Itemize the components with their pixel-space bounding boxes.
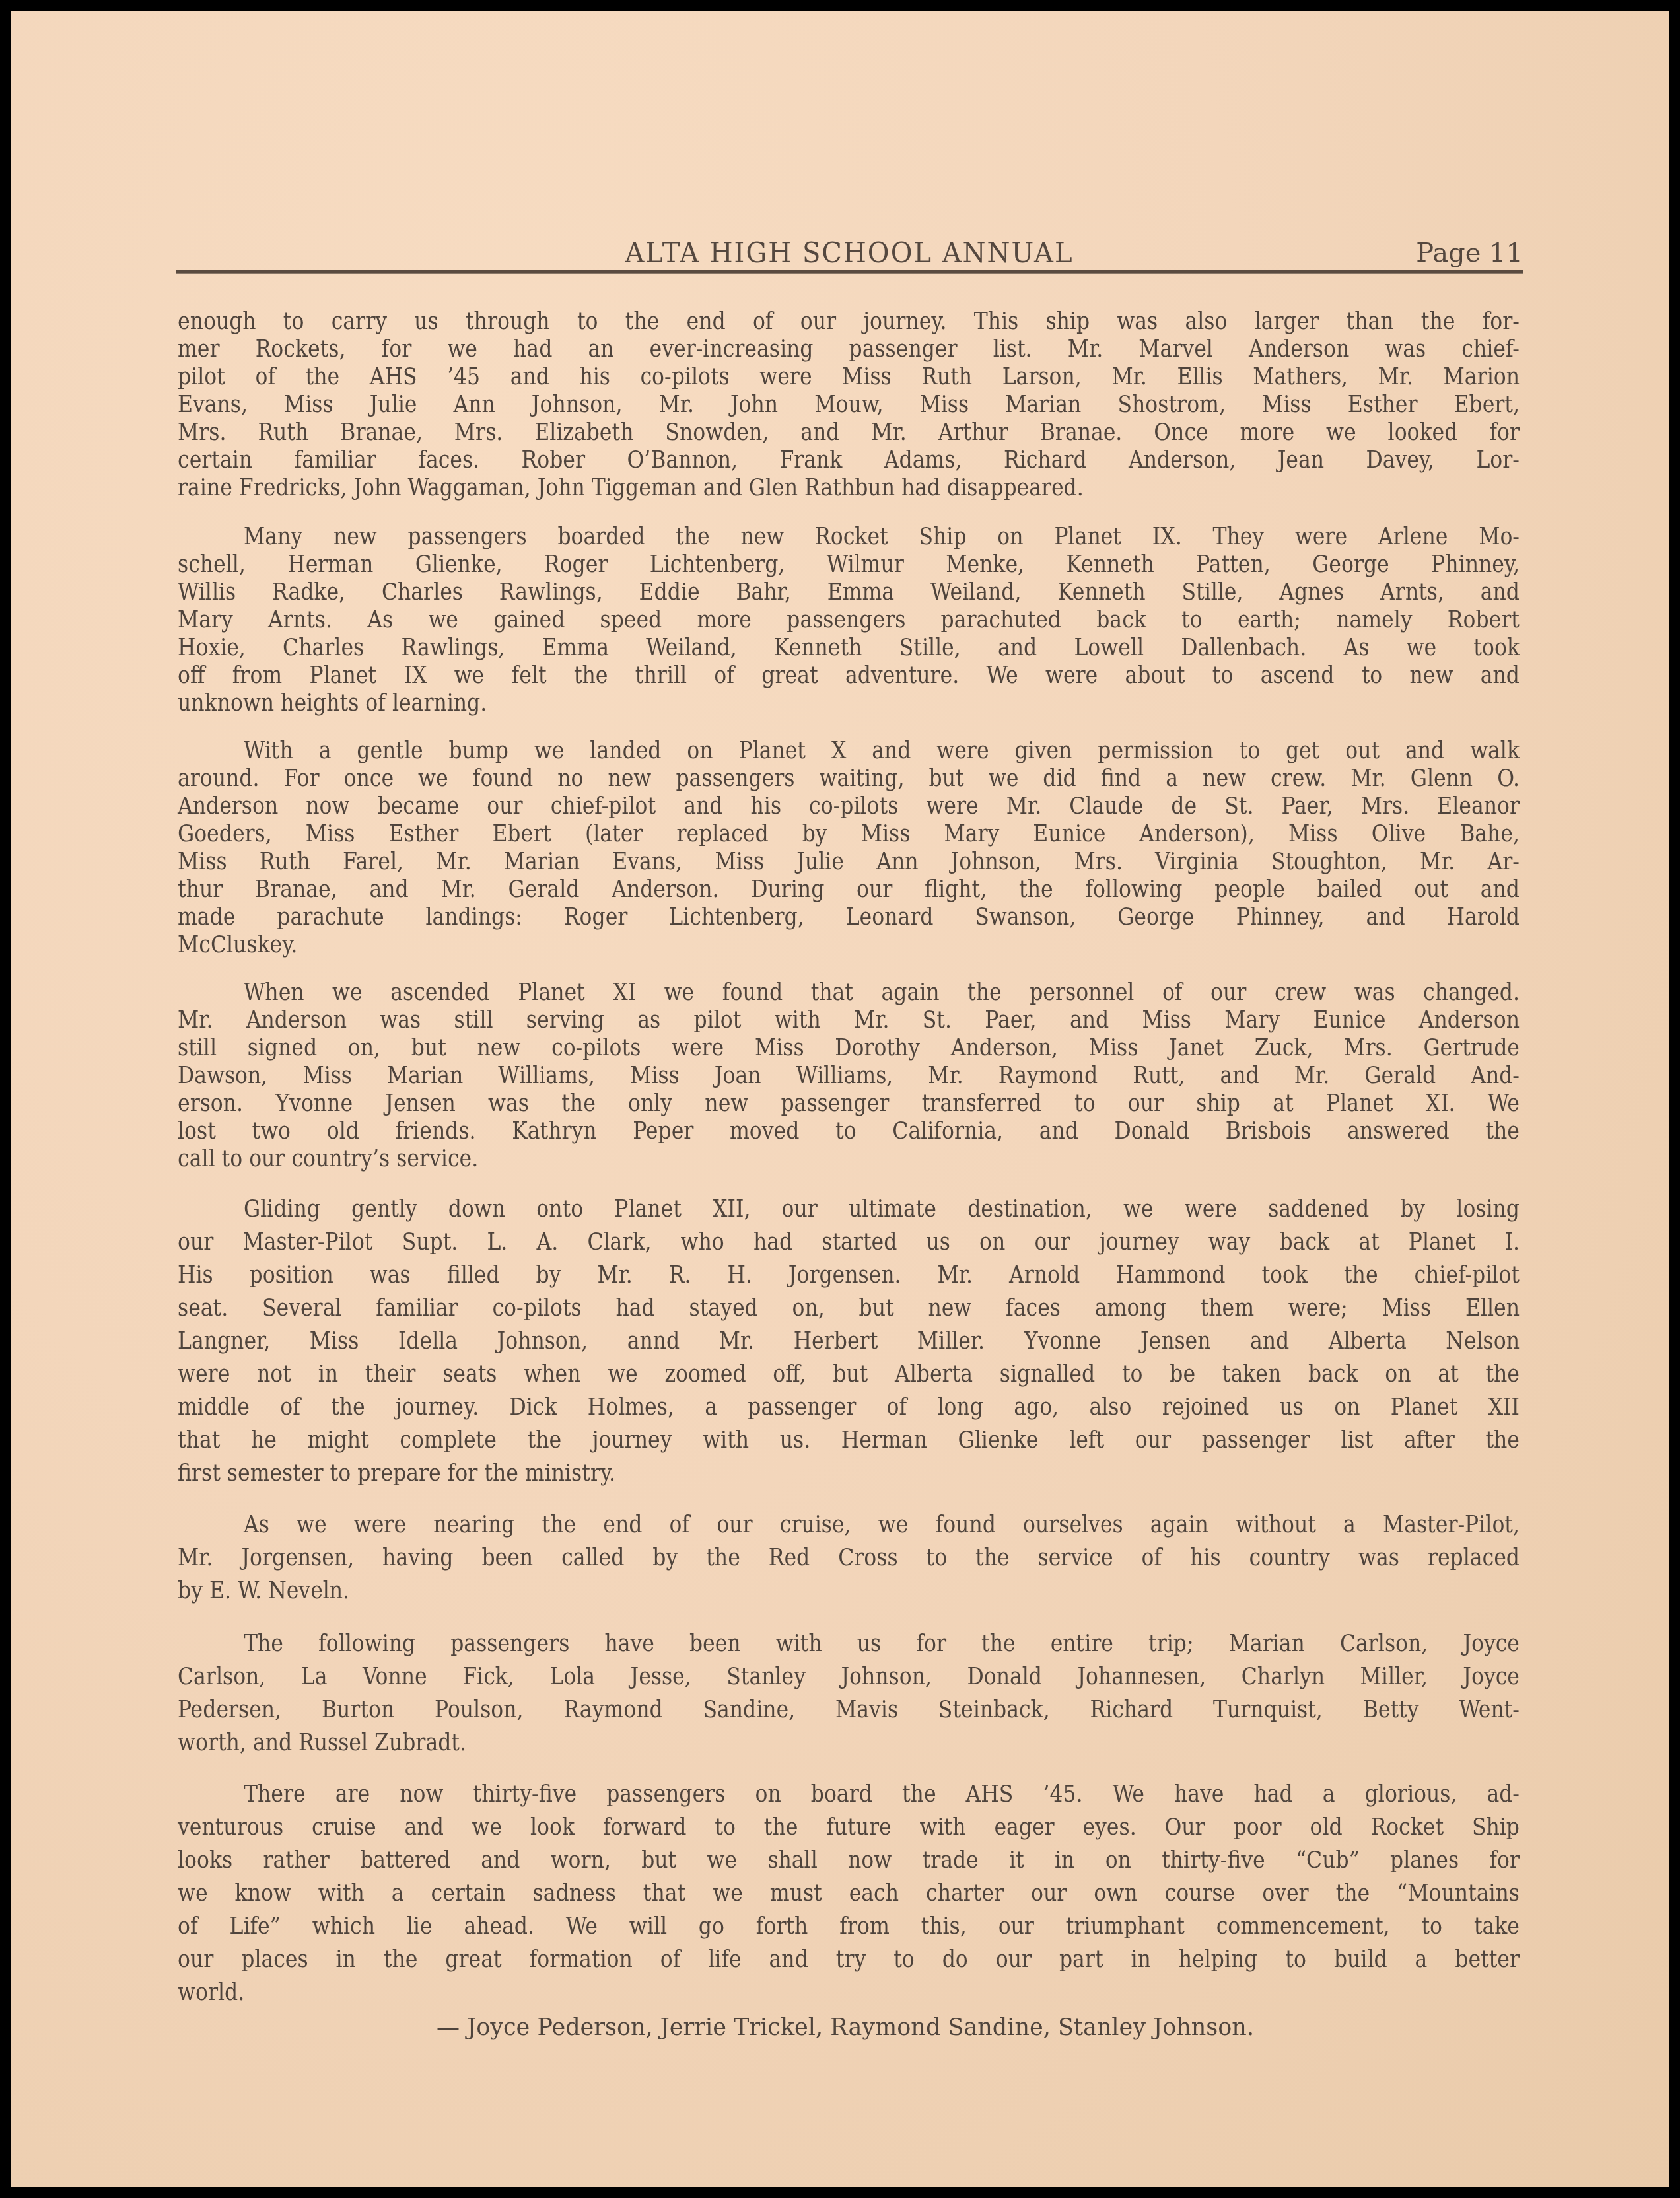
text-line: McCluskey. xyxy=(178,931,1520,959)
text-line: worth, and Russel Zubradt. xyxy=(178,1726,1520,1759)
paragraph: When we ascended Planet XI we found that… xyxy=(178,979,1520,1173)
text-line: There are now thirty-five passengers on … xyxy=(178,1778,1520,1811)
text-line: unknown heights of learning. xyxy=(178,690,1520,717)
text-line: pilot of the AHS ’45 and his co-pilots w… xyxy=(178,363,1520,391)
publication-title: ALTA HIGH SCHOOL ANNUAL xyxy=(176,237,1523,269)
text-line: The following passengers have been with … xyxy=(178,1627,1520,1660)
text-line: of Life” which lie ahead. We will go for… xyxy=(178,1910,1520,1943)
text-line: Mr. Jorgensen, having been called by the… xyxy=(178,1542,1520,1575)
text-line: Many new passengers boarded the new Rock… xyxy=(178,523,1520,551)
text-line: Pedersen, Burton Poulson, Raymond Sandin… xyxy=(178,1693,1520,1726)
text-line: schell, Herman Glienke, Roger Lichtenber… xyxy=(178,551,1520,579)
paragraph: The following passengers have been with … xyxy=(178,1627,1520,1759)
text-line: seat. Several familiar co-pilots had sta… xyxy=(178,1292,1520,1325)
text-line: made parachute landings: Roger Lichtenbe… xyxy=(178,904,1520,931)
text-line: lost two old friends. Kathryn Peper move… xyxy=(178,1117,1520,1145)
text-line: Goeders, Miss Esther Ebert (later replac… xyxy=(178,820,1520,848)
paragraph: With a gentle bump we landed on Planet X… xyxy=(178,737,1520,959)
text-line: Dawson, Miss Marian Williams, Miss Joan … xyxy=(178,1062,1520,1090)
text-line: world. xyxy=(178,1976,1520,2009)
paragraph-gap xyxy=(178,1608,1520,1627)
text-line: When we ascended Planet XI we found that… xyxy=(178,979,1520,1007)
text-line: looks rather battered and worn, but we s… xyxy=(178,1844,1520,1877)
text-line: our Master-Pilot Supt. L. A. Clark, who … xyxy=(178,1226,1520,1259)
author-signature: — Joyce Pederson, Jerrie Trickel, Raymon… xyxy=(437,2014,1254,2041)
paragraph-gap xyxy=(178,717,1520,737)
text-line: Hoxie, Charles Rawlings, Emma Weiland, K… xyxy=(178,634,1520,662)
text-line: off from Planet IX we felt the thrill of… xyxy=(178,662,1520,690)
text-line: around. For once we found no new passeng… xyxy=(178,765,1520,793)
text-line: Mr. Anderson was still serving as pilot … xyxy=(178,1007,1520,1034)
text-line: that he might complete the journey with … xyxy=(178,1424,1520,1457)
text-line: raine Fredricks, John Waggaman, John Tig… xyxy=(178,474,1520,502)
text-line: still signed on, but new co-pilots were … xyxy=(178,1034,1520,1062)
text-line: thur Branae, and Mr. Gerald Anderson. Du… xyxy=(178,876,1520,904)
text-line: Evans, Miss Julie Ann Johnson, Mr. John … xyxy=(178,391,1520,419)
paragraph: Many new passengers boarded the new Rock… xyxy=(178,523,1520,717)
paragraph: As we were nearing the end of our cruise… xyxy=(178,1508,1520,1608)
paragraph-gap xyxy=(178,1490,1520,1508)
text-line: certain familiar faces. Rober O’Bannon, … xyxy=(178,446,1520,474)
paragraph-gap xyxy=(178,502,1520,523)
text-line: Miss Ruth Farel, Mr. Marian Evans, Miss … xyxy=(178,848,1520,876)
text-line: first semester to prepare for the minist… xyxy=(178,1457,1520,1490)
paragraph: Gliding gently down onto Planet XII, our… xyxy=(178,1193,1520,1490)
paragraph: enough to carry us through to the end of… xyxy=(178,308,1520,502)
text-line: Carlson, La Vonne Fick, Lola Jesse, Stan… xyxy=(178,1660,1520,1693)
text-line: Mrs. Ruth Branae, Mrs. Elizabeth Snowden… xyxy=(178,419,1520,446)
text-line: middle of the journey. Dick Holmes, a pa… xyxy=(178,1391,1520,1424)
paragraph-gap xyxy=(178,959,1520,979)
text-line: we know with a certain sadness that we m… xyxy=(178,1877,1520,1910)
text-line: Mary Arnts. As we gained speed more pass… xyxy=(178,606,1520,634)
text-line: were not in their seats when we zoomed o… xyxy=(178,1358,1520,1391)
paragraph-gap xyxy=(178,1173,1520,1193)
text-line: mer Rockets, for we had an ever-increasi… xyxy=(178,336,1520,363)
text-line: by E. W. Neveln. xyxy=(178,1575,1520,1608)
article-body: enough to carry us through to the end of… xyxy=(178,308,1520,2009)
text-line: With a gentle bump we landed on Planet X… xyxy=(178,737,1520,765)
text-line: call to our country’s service. xyxy=(178,1145,1520,1173)
page-number: Page 11 xyxy=(1416,238,1523,268)
text-line: Gliding gently down onto Planet XII, our… xyxy=(178,1193,1520,1226)
text-line: enough to carry us through to the end of… xyxy=(178,308,1520,336)
text-line: our places in the great formation of lif… xyxy=(178,1943,1520,1976)
text-line: venturous cruise and we look forward to … xyxy=(178,1811,1520,1844)
header-rule xyxy=(176,270,1523,274)
running-header: ALTA HIGH SCHOOL ANNUAL Page 11 xyxy=(176,238,1523,271)
yearbook-page: ALTA HIGH SCHOOL ANNUAL Page 11 enough t… xyxy=(11,11,1669,2187)
text-line: erson. Yvonne Jensen was the only new pa… xyxy=(178,1090,1520,1117)
text-line: His position was filled by Mr. R. H. Jor… xyxy=(178,1259,1520,1292)
text-line: Langner, Miss Idella Johnson, annd Mr. H… xyxy=(178,1325,1520,1358)
text-line: Anderson now became our chief-pilot and … xyxy=(178,793,1520,820)
paragraph: There are now thirty-five passengers on … xyxy=(178,1778,1520,2009)
text-line: As we were nearing the end of our cruise… xyxy=(178,1508,1520,1542)
paragraph-gap xyxy=(178,1759,1520,1778)
text-line: Willis Radke, Charles Rawlings, Eddie Ba… xyxy=(178,579,1520,606)
